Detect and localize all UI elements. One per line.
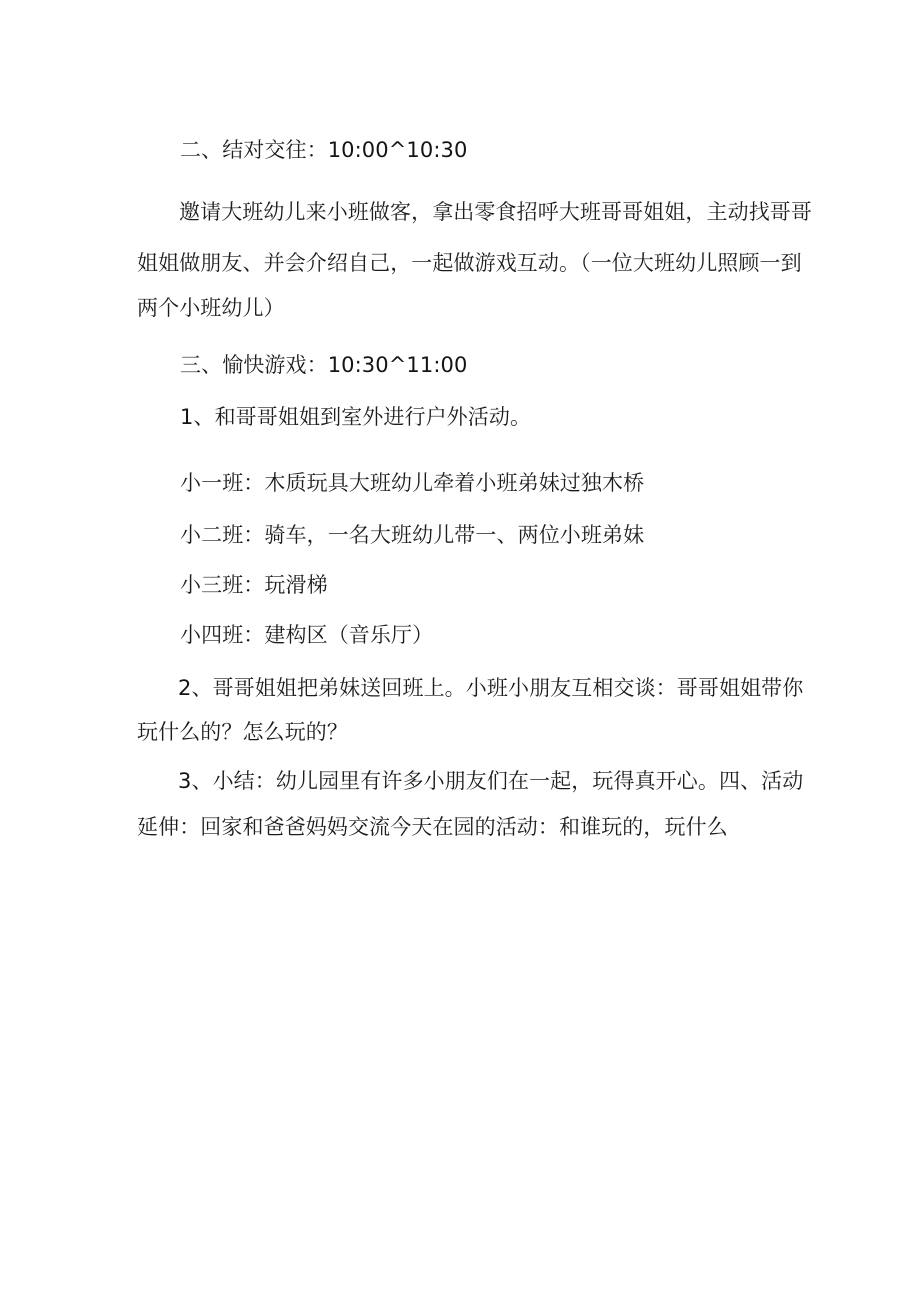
class4-activity-text: 小四班：建构区（音乐厅） [180, 623, 433, 647]
item2-line1: 2、哥哥姐姐把弟妹送回班上。小班小朋友互相交谈：哥哥姐姐带你 [178, 673, 803, 703]
document-page: 二、结对交往：10:00^10:30 邀请大班幼儿来小班做客，拿出零食招呼大班哥… [0, 0, 920, 1301]
item2-number: 2 [178, 676, 191, 700]
item3-line2-text: 延伸：回家和爸爸妈妈交流今天在园的活动：和谁玩的，玩什么 [137, 815, 728, 839]
section3-heading-text: 三、愉快游戏： [180, 353, 328, 377]
section3-heading-time: 10:30^11:00 [328, 353, 468, 377]
item1-number: 1 [180, 405, 193, 429]
item3-line2: 延伸：回家和爸爸妈妈交流今天在园的活动：和谁玩的，玩什么 [137, 812, 728, 842]
class4-activity-line: 小四班：建构区（音乐厅） [180, 620, 433, 650]
item1-line: 1、和哥哥姐姐到室外进行户外活动。 [180, 402, 531, 432]
item2-line2-text: 玩什么的？怎么玩的？ [137, 720, 348, 744]
class1-activity-line: 小一班：木质玩具大班幼儿牵着小班弟妹过独木桥 [180, 468, 644, 498]
item2-line1-text: 、哥哥姐姐把弟妹送回班上。小班小朋友互相交谈：哥哥姐姐带你 [191, 676, 803, 700]
section3-heading-line: 三、愉快游戏：10:30^11:00 [180, 350, 467, 380]
item3-line1-text: 、小结：幼儿园里有许多小朋友们在一起，玩得真开心。四、活动 [191, 769, 803, 793]
paragraph1-line2-text: 姐姐做朋友、并会介绍自己，一起做游戏互动。（一位大班幼儿照顾一到 [137, 251, 802, 275]
class3-activity-text: 小三班：玩滑梯 [180, 573, 328, 597]
paragraph1-line1: 邀请大班幼儿来小班做客，拿出零食招呼大班哥哥姐姐，主动找哥哥 [179, 197, 812, 227]
section2-heading-text: 二、结对交往： [180, 138, 328, 162]
class2-activity-text: 小二班：骑车，一名大班幼儿带一、两位小班弟妹 [180, 523, 644, 547]
class1-activity-text: 小一班：木质玩具大班幼儿牵着小班弟妹过独木桥 [180, 471, 644, 495]
item1-text: 、和哥哥姐姐到室外进行户外活动。 [193, 405, 531, 429]
section2-heading-time: 10:00^10:30 [328, 138, 468, 162]
class3-activity-line: 小三班：玩滑梯 [180, 570, 328, 600]
paragraph1-line3-text: 两个小班幼儿） [137, 296, 285, 320]
paragraph1-line1-text: 邀请大班幼儿来小班做客，拿出零食招呼大班哥哥姐姐，主动找哥哥 [179, 200, 812, 224]
item3-line1: 3、小结：幼儿园里有许多小朋友们在一起，玩得真开心。四、活动 [178, 766, 803, 796]
paragraph1-line3: 两个小班幼儿） [137, 293, 285, 323]
item2-line2: 玩什么的？怎么玩的？ [137, 717, 348, 747]
class2-activity-line: 小二班：骑车，一名大班幼儿带一、两位小班弟妹 [180, 520, 644, 550]
item3-number: 3 [178, 769, 191, 793]
paragraph1-line2: 姐姐做朋友、并会介绍自己，一起做游戏互动。（一位大班幼儿照顾一到 [137, 248, 802, 278]
section2-heading-line: 二、结对交往：10:00^10:30 [180, 135, 467, 165]
